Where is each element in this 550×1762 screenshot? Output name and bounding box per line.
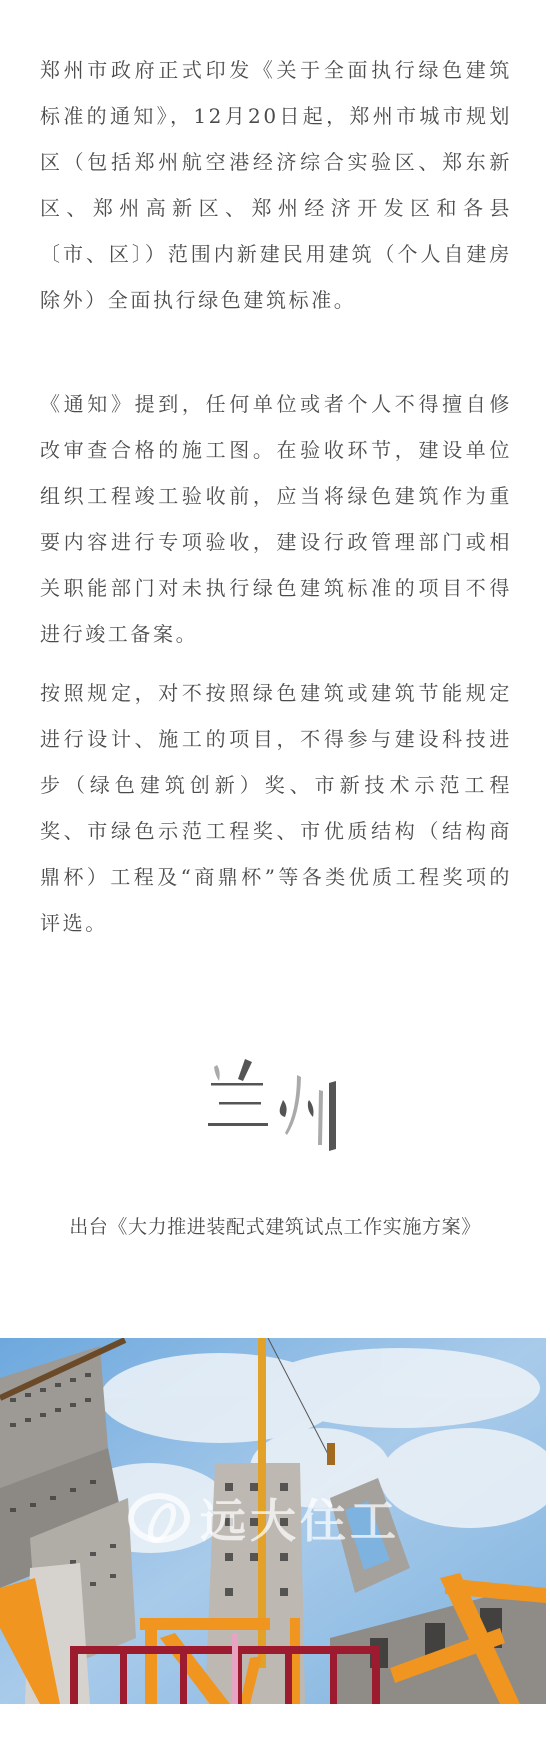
- paragraph-notice-details: 《通知》提到，任何单位或者个人不得擅自修改审查合格的施工图。在验收环节，建设单位…: [40, 381, 512, 657]
- city-heading: 兰州: [0, 1045, 550, 1155]
- city-title-calligraphy-icon: 兰州: [205, 1045, 345, 1155]
- section-subtitle: 出台《大力推进装配式建筑试点工作实施方案》: [0, 1212, 550, 1242]
- paragraph-award-rules: 按照规定，对不按照绿色建筑或建筑节能规定进行设计、施工的项目，不得参与建设科技进…: [40, 670, 512, 946]
- broad-logo-icon: [128, 1493, 190, 1543]
- watermark: 远大住工: [128, 1483, 400, 1553]
- watermark-text: 远大住工: [200, 1485, 400, 1551]
- construction-photo: 远大住工: [0, 1338, 546, 1704]
- paragraph-zhengzhou-notice: 郑州市政府正式印发《关于全面执行绿色建筑标准的通知》，12月20日起，郑州市城市…: [40, 47, 512, 323]
